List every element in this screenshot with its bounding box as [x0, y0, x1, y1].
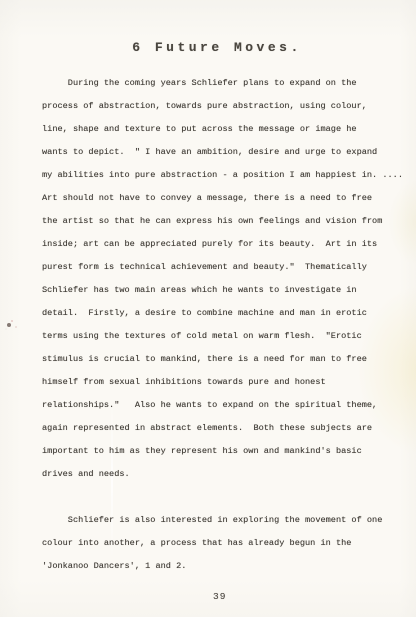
text-line: colour into another, a process that has … [42, 532, 403, 555]
ink-speck-artifact [7, 323, 11, 327]
text-line: again represented in abstract elements. … [42, 417, 403, 440]
body-text: During the coming years Schliefer plans … [42, 72, 403, 578]
text-line: detail. Firstly, a desire to combine mac… [42, 302, 403, 325]
text-line: During the coming years Schliefer plans … [42, 72, 403, 95]
text-line: inside; art can be appreciated purely fo… [42, 233, 403, 256]
text-line: Schliefer is also interested in explorin… [42, 509, 403, 532]
text-line: my abilities into pure abstraction - a p… [42, 164, 403, 187]
text-line: wants to depict. " I have an ambition, d… [42, 141, 403, 164]
text-line: terms using the textures of cold metal o… [42, 325, 403, 348]
text-line: Schliefer has two main areas which he wa… [42, 279, 403, 302]
scanned-document-page: { "document": { "title": "6 Future Moves… [0, 0, 416, 617]
text-line: purest form is technical achievement and… [42, 256, 403, 279]
text-line: himself from sexual inhibitions towards … [42, 371, 403, 394]
text-line: line, shape and texture to put across th… [42, 118, 403, 141]
page-title: 6 Future Moves. [0, 40, 416, 55]
paragraph: Schliefer is also interested in explorin… [42, 509, 403, 578]
text-line: process of abstraction, towards pure abs… [42, 95, 403, 118]
text-line: stimulus is crucial to mankind, there is… [42, 348, 403, 371]
text-line: drives and needs. [42, 463, 403, 486]
text-line: Art should not have to convey a message,… [42, 187, 403, 210]
text-line: the artist so that he can express his ow… [42, 210, 403, 233]
text-line: 'Jonkanoo Dancers', 1 and 2. [42, 555, 403, 578]
paragraph: During the coming years Schliefer plans … [42, 72, 403, 486]
text-line: relationships." Also he wants to expand … [42, 394, 403, 417]
page-number: 39 [213, 591, 226, 602]
text-line: important to him as they represent his o… [42, 440, 403, 463]
